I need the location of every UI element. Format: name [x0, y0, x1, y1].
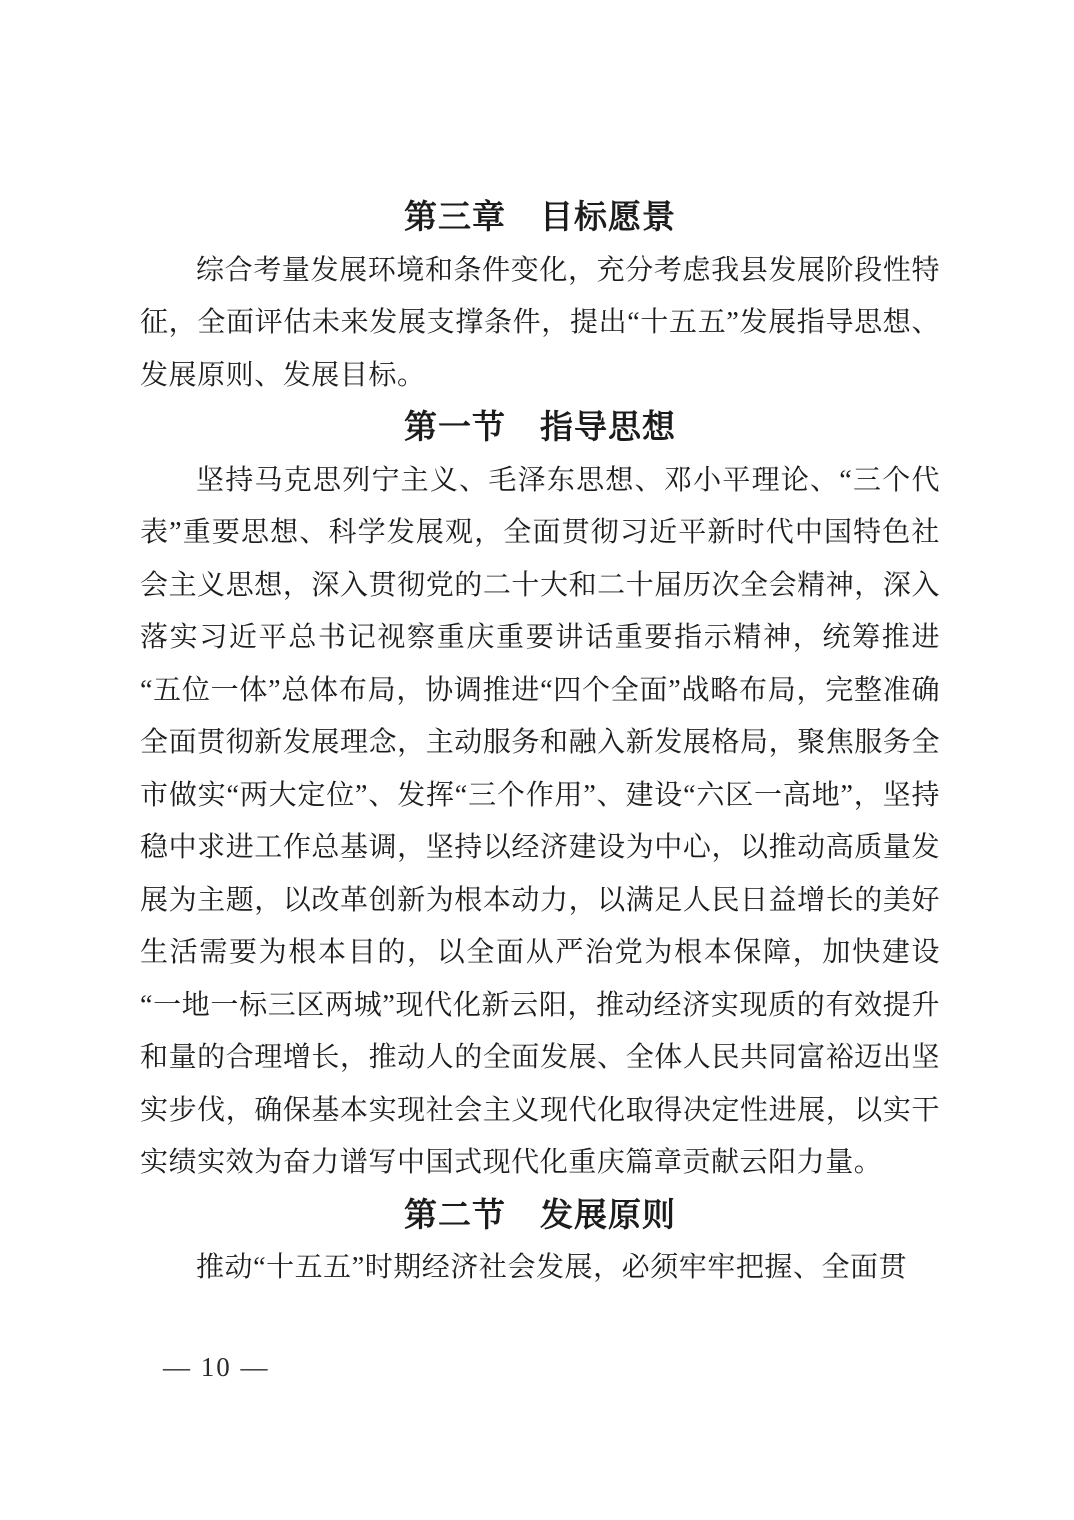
chapter-title: 第三章 目标愿景	[140, 192, 940, 245]
document-page: 第三章 目标愿景 综合考量发展环境和条件变化，充分考虑我县发展阶段性特征，全面评…	[0, 0, 1074, 1520]
intro-paragraph: 综合考量发展环境和条件变化，充分考虑我县发展阶段性特征，全面评估未来发展支撑条件…	[140, 245, 940, 403]
page-number: — 10 —	[163, 1352, 270, 1383]
section-title-development-principles: 第二节 发展原则	[140, 1190, 940, 1243]
development-principles-paragraph: 推动“十五五”时期经济社会发展，必须牢牢把握、全面贯	[140, 1242, 940, 1295]
section-title-guiding-ideology: 第一节 指导思想	[140, 402, 940, 455]
guiding-ideology-paragraph: 坚持马克思列宁主义、毛泽东思想、邓小平理论、“三个代表”重要思想、科学发展观，全…	[140, 455, 940, 1190]
document-content: 第三章 目标愿景 综合考量发展环境和条件变化，充分考虑我县发展阶段性特征，全面评…	[140, 192, 940, 1295]
